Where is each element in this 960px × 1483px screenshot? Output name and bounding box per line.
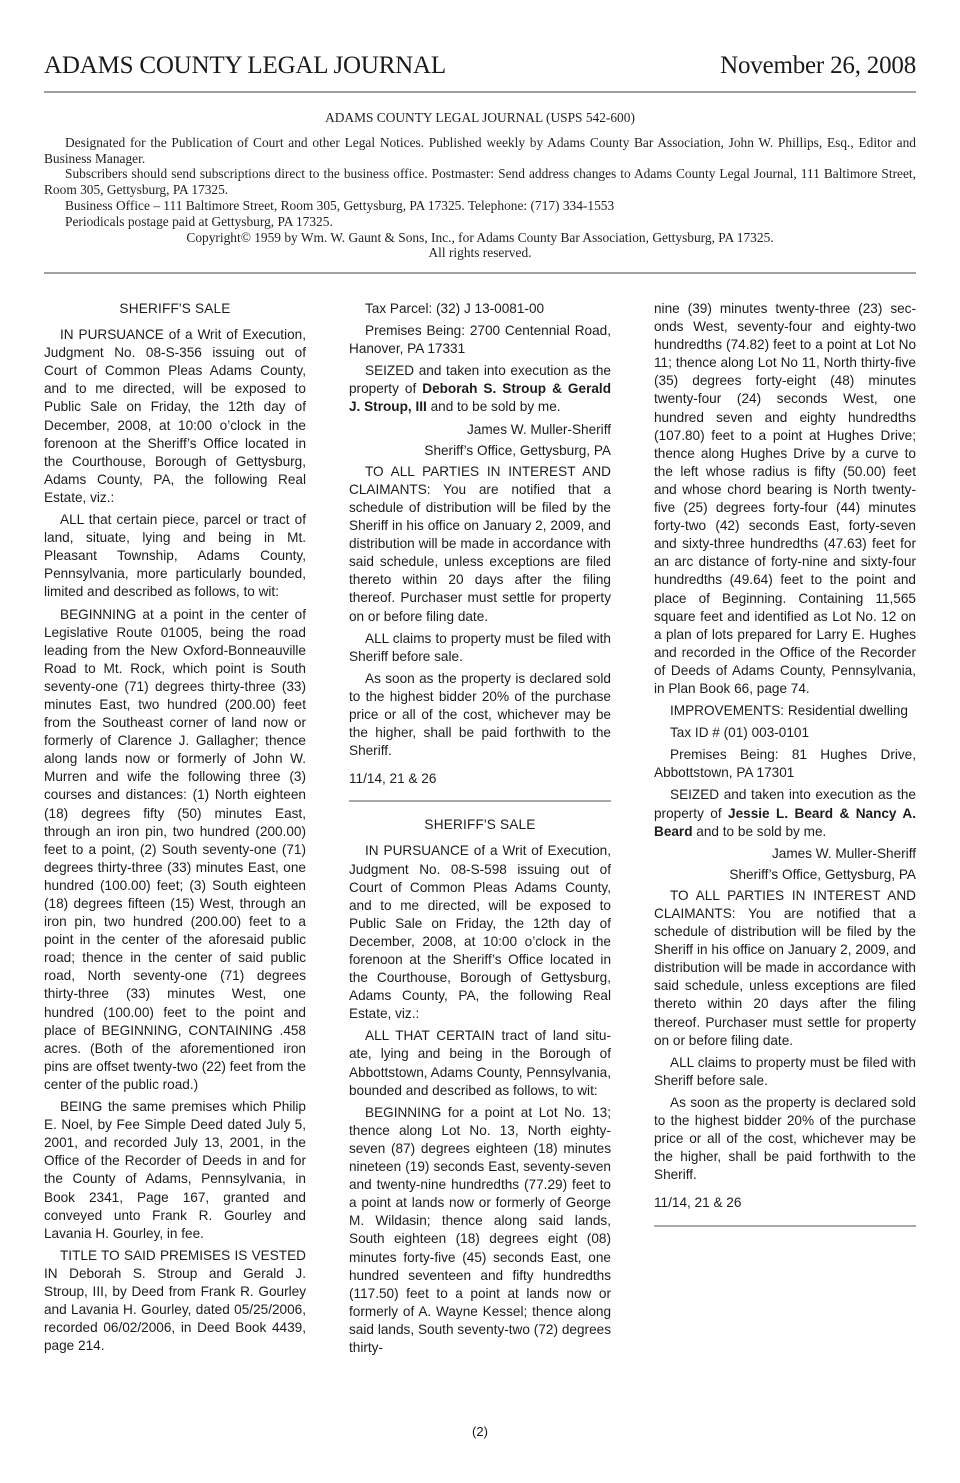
column-1: SHERIFF'S SALE IN PURSUANCE of a Writ of…	[44, 300, 306, 1359]
beginning-paragraph: BEGINNING for a point at Lot No. 13; the…	[349, 1104, 611, 1357]
beginning-continued: nine (39) minutes twenty-three (23) sec­…	[654, 300, 916, 698]
seized-paragraph: SEIZED and taken into execution as the p…	[654, 786, 916, 840]
run-dates: 11/14, 21 & 26	[654, 1194, 916, 1212]
run-dates: 11/14, 21 & 26	[349, 770, 611, 788]
all-that-paragraph: ALL THAT CERTAIN tract of land situ­ate,…	[349, 1027, 611, 1099]
notice-divider	[349, 800, 611, 802]
tax-parcel: Tax Parcel: (32) J 13-0081-00	[349, 300, 611, 318]
beginning-paragraph: BEGINNING at a point in the center of Le…	[44, 606, 306, 1095]
seized-paragraph: SEIZED and taken into execution as the p…	[349, 362, 611, 416]
seized-suffix: and to be sold by me.	[427, 399, 561, 414]
tax-id: Tax ID # (01) 003-0101	[654, 724, 916, 742]
title-vested-paragraph: TITLE TO SAID PREMISES IS VEST­ED IN Deb…	[44, 1247, 306, 1356]
all-claims-paragraph: ALL claims to property must be filed wit…	[654, 1054, 916, 1090]
pursuance-paragraph: IN PURSUANCE of a Writ of Execu­tion, Ju…	[44, 326, 306, 507]
periodicals-text: Periodicals postage paid at Gettysburg, …	[44, 214, 916, 230]
notice-heading: SHERIFF'S SALE	[349, 816, 611, 834]
premises-paragraph: Premises Being: 2700 Centennial Road, Ha…	[349, 322, 611, 358]
being-paragraph: BEING the same premises which Philip E. …	[44, 1098, 306, 1243]
copyright-text: Copyright© 1959 by Wm. W. Gaunt & Sons, …	[44, 230, 916, 246]
masthead-divider	[44, 91, 916, 93]
masthead: ADAMS COUNTY LEGAL JOURNAL November 26, …	[44, 52, 916, 86]
pursuance-paragraph: IN PURSUANCE of a Writ of Execu­tion, Ju…	[349, 842, 611, 1023]
column-2: Tax Parcel: (32) J 13-0081-00 Premises B…	[349, 300, 611, 1361]
business-office-text: Business Office – 111 Baltimore Street, …	[44, 198, 916, 214]
to-all-parties-paragraph: TO ALL PARTIES IN INTEREST AND CLAIMANTS…	[654, 887, 916, 1050]
subscribers-text: Subscribers should send subscriptions di…	[44, 166, 916, 198]
sheriff-name: James W. Muller-Sheriff	[654, 845, 916, 863]
designation-text: Designated for the Publication of Court …	[44, 135, 916, 167]
notice-divider	[654, 1225, 916, 1227]
issue-date: November 26, 2008	[720, 52, 916, 80]
publication-info: ADAMS COUNTY LEGAL JOURNAL (USPS 542-600…	[44, 110, 916, 261]
as-soon-paragraph: As soon as the property is declared sold…	[349, 670, 611, 760]
as-soon-paragraph: As soon as the property is declared sold…	[654, 1094, 916, 1184]
info-divider	[44, 272, 916, 274]
to-all-parties-paragraph: TO ALL PARTIES IN INTEREST AND CLAIMANTS…	[349, 463, 611, 626]
all-that-paragraph: ALL that certain piece, parcel or tract …	[44, 511, 306, 601]
improvements: IMPROVEMENTS: Residential dwelling	[654, 702, 916, 720]
rights-text: All rights reserved.	[44, 245, 916, 261]
sheriff-office: Sheriff’s Office, Gettysburg, PA	[654, 866, 916, 884]
all-claims-paragraph: ALL claims to property must be filed wit…	[349, 630, 611, 666]
sheriff-name: James W. Muller-Sheriff	[349, 421, 611, 439]
sheriff-office: Sheriff’s Office, Gettysburg, PA	[349, 442, 611, 460]
notice-heading: SHERIFF'S SALE	[44, 300, 306, 318]
column-3: nine (39) minutes twenty-three (23) sec­…	[654, 300, 916, 1241]
publication-heading: ADAMS COUNTY LEGAL JOURNAL (USPS 542-600…	[44, 110, 916, 126]
seized-suffix: and to be sold by me.	[693, 824, 827, 839]
page-number: (2)	[0, 1424, 960, 1439]
premises-paragraph: Premises Being: 81 Hughes Drive, Abbotts…	[654, 746, 916, 782]
journal-title: ADAMS COUNTY LEGAL JOURNAL	[44, 52, 446, 80]
